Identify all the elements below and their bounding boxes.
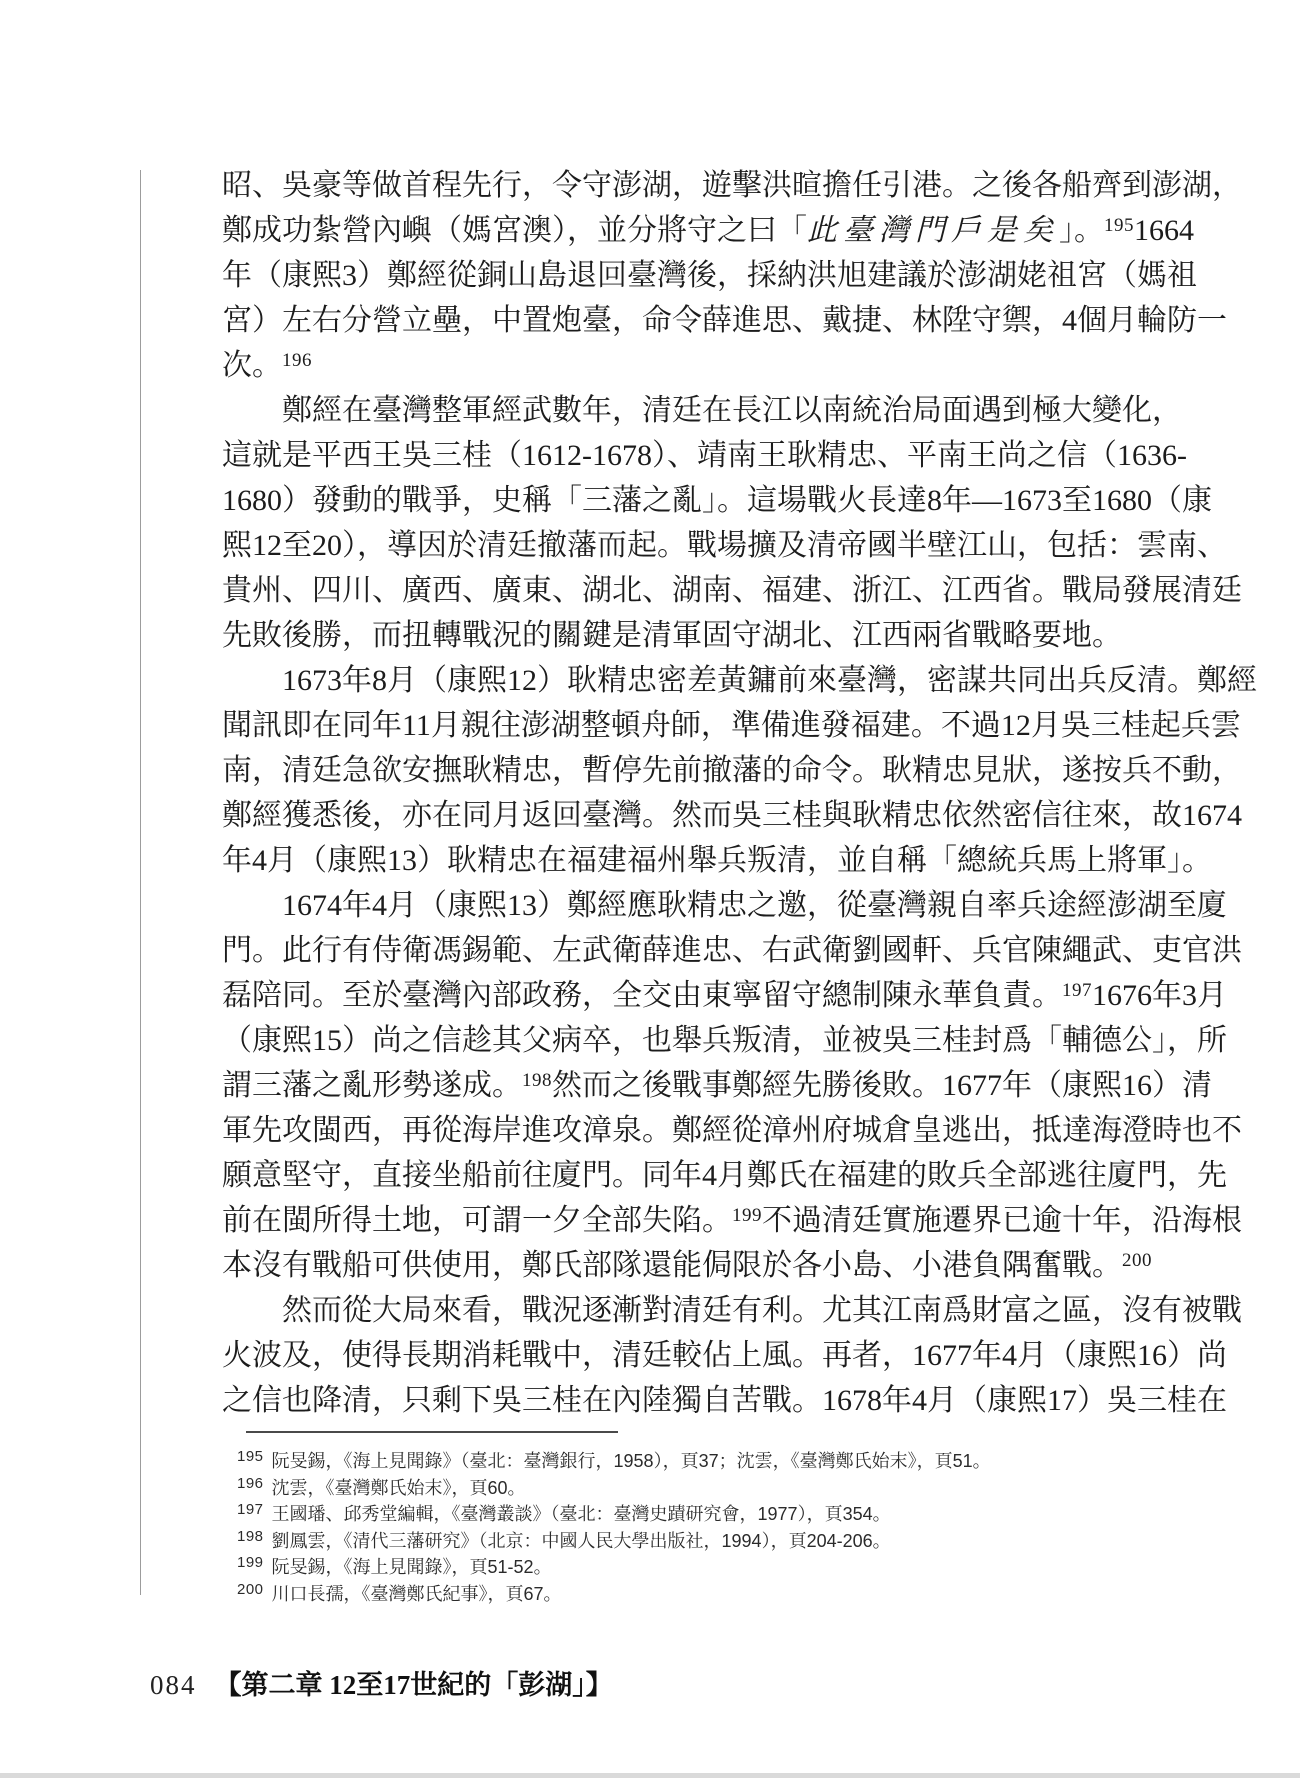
text-run: 年4月（康熙13）耿精忠在福建福州舉兵叛清，並自稱「總統兵馬上將軍」。 (222, 844, 1212, 877)
text-line: 然而從大局來看，戰況逐漸對清廷有利。尤其江南爲財富之區，沒有被戰 (222, 1288, 1138, 1333)
footnote-separator (246, 1431, 618, 1433)
text-run: 然而從大局來看，戰況逐漸對清廷有利。尤其江南爲財富之區，沒有被戰 (282, 1294, 1242, 1327)
text-line: 鄭經在臺灣整軍經武數年，清廷在長江以南統治局面遇到極大變化， (222, 388, 1138, 433)
text-run: 年（康熙3）鄭經從銅山島退回臺灣後，採納洪旭建議於澎湖姥祖宮（媽祖 (222, 259, 1197, 292)
text-run: 本沒有戰船可供使用，鄭氏部隊還能侷限於各小島、小港負隅奮戰。 (222, 1249, 1122, 1282)
footnote: 195阮旻錫，《海上見聞錄》（臺北：臺灣銀行，1958），頁37；沈雲，《臺灣鄭… (237, 1444, 1142, 1471)
text-line: 聞訊即在同年11月親往澎湖整頓舟師，準備進發福建。不過12月吳三桂起兵雲 (222, 703, 1138, 748)
footnote-number: 195 (237, 1448, 264, 1465)
text-line: 這就是平西王吳三桂（1612-1678）、靖南王耿精忠、平南王尚之信（1636- (222, 433, 1138, 478)
text-line: 昭、吳豪等做首程先行，令守澎湖，遊擊洪暄擔任引港。之後各船齊到澎湖， (222, 163, 1138, 208)
text-line: 軍先攻閩西，再從海岸進攻漳泉。鄭經從漳州府城倉皇逃出，抵達海澄時也不 (222, 1108, 1138, 1153)
text-line: 先敗後勝，而扭轉戰況的關鍵是清軍固守湖北、江西兩省戰略要地。 (222, 613, 1138, 658)
text-line: 門。此行有侍衛馮錫範、左武衛薛進忠、右武衛劉國軒、兵官陳繩武、吏官洪 (222, 928, 1138, 973)
text-run: 鄭成功紮營內嶼（媽宮澳），並分將守之曰「 (222, 214, 807, 247)
chapter-label: 【第二章 12至17世紀的「彭湖」】 (215, 1670, 613, 1700)
footnote-text: 沈雲，《臺灣鄭氏始末》，頁60。 (272, 1478, 526, 1498)
text-run: 鄭經在臺灣整軍經武數年，清廷在長江以南統治局面遇到極大變化， (282, 394, 1182, 427)
text-line: 火波及，使得長期消耗戰中，清廷較佔上風。再者，1677年4月（康熙16）尚 (222, 1333, 1138, 1378)
footnote-ref: 200 (1122, 1250, 1152, 1271)
text-run: 火波及，使得長期消耗戰中，清廷較佔上風。再者，1677年4月（康熙16）尚 (222, 1339, 1227, 1372)
footnote-number: 198 (237, 1528, 264, 1545)
text-line: 貴州、四川、廣西、廣東、湖北、湖南、福建、浙江、江西省。戰局發展清廷 (222, 568, 1138, 613)
footnote-ref: 195 (1104, 215, 1134, 236)
text-run: 1676年3月 (1092, 979, 1227, 1012)
footnote-ref: 199 (732, 1205, 762, 1226)
footnote: 198劉鳳雲，《清代三藩研究》（北京：中國人民大學出版社，1994），頁204-… (237, 1524, 1142, 1551)
text-run: 1664 (1134, 214, 1194, 247)
text-run: 貴州、四川、廣西、廣東、湖北、湖南、福建、浙江、江西省。戰局發展清廷 (222, 574, 1242, 607)
text-run: 不過清廷實施遷界已逾十年，沿海根 (762, 1204, 1242, 1237)
text-line: 鄭經獲悉後，亦在同月返回臺灣。然而吳三桂與耿精忠依然密信往來，故1674 (222, 793, 1138, 838)
text-run: 鄭經獲悉後，亦在同月返回臺灣。然而吳三桂與耿精忠依然密信往來，故1674 (222, 799, 1242, 832)
text-run: 之信也降清，只剩下吳三桂在內陸獨自苦戰。1678年4月（康熙17）吳三桂在 (222, 1384, 1227, 1417)
text-run: 昭、吳豪等做首程先行，令守澎湖，遊擊洪暄擔任引港。之後各船齊到澎湖， (222, 169, 1242, 202)
footnote-number: 200 (237, 1581, 264, 1598)
text-line: 前在閩所得土地，可謂一夕全部失陷。199不過清廷實施遷界已逾十年，沿海根 (222, 1198, 1138, 1243)
quoted-phrase: 此臺灣門戶是矣 (807, 214, 1059, 247)
footnote-number: 197 (237, 1501, 264, 1518)
text-run: 前在閩所得土地，可謂一夕全部失陷。 (222, 1204, 732, 1237)
footnote: 196沈雲，《臺灣鄭氏始末》，頁60。 (237, 1471, 1142, 1498)
text-run: 南，清廷急欲安撫耿精忠，暫停先前撤藩的命令。耿精忠見狀，遂按兵不動， (222, 754, 1242, 787)
footnote-text: 川口長孺，《臺灣鄭氏紀事》，頁67。 (272, 1584, 562, 1604)
left-margin-rule (140, 170, 141, 1595)
text-run: （康熙15）尚之信趁其父病卒，也舉兵叛清，並被吳三桂封爲「輔德公」，所 (222, 1024, 1227, 1057)
text-run: 1674年4月（康熙13）鄭經應耿精忠之邀，從臺灣親自率兵途經澎湖至廈 (282, 889, 1227, 922)
text-line: 1673年8月（康熙12）耿精忠密差黃鏞前來臺灣，密謀共同出兵反清。鄭經 (222, 658, 1138, 703)
page-number: 084 (150, 1670, 197, 1700)
text-line: 年4月（康熙13）耿精忠在福建福州舉兵叛清，並自稱「總統兵馬上將軍」。 (222, 838, 1138, 883)
text-line: 年（康熙3）鄭經從銅山島退回臺灣後，採納洪旭建議於澎湖姥祖宮（媽祖 (222, 253, 1138, 298)
text-run: 1673年8月（康熙12）耿精忠密差黃鏞前來臺灣，密謀共同出兵反清。鄭經 (282, 664, 1257, 697)
text-run: 1680）發動的戰爭，史稱「三藩之亂」。這場戰火長達8年—1673至1680（康 (222, 484, 1212, 517)
footnote-text: 劉鳳雲，《清代三藩研究》（北京：中國人民大學出版社，1994），頁204-206… (272, 1531, 891, 1551)
footnote: 197王國璠、邱秀堂編輯，《臺灣叢談》（臺北：臺灣史蹟研究會，1977），頁35… (237, 1497, 1142, 1524)
footnote-number: 199 (237, 1554, 264, 1571)
text-run: 」。 (1059, 214, 1104, 247)
text-line: 謂三藩之亂形勢遂成。198然而之後戰事鄭經先勝後敗。1677年（康熙16）清 (222, 1063, 1138, 1108)
text-line: 南，清廷急欲安撫耿精忠，暫停先前撤藩的命令。耿精忠見狀，遂按兵不動， (222, 748, 1138, 793)
text-line: 宮）左右分營立壘，中置炮臺，命令薛進思、戴捷、林陞守禦，4個月輪防一 (222, 298, 1138, 343)
text-run: 次。 (222, 349, 282, 382)
text-line: 之信也降清，只剩下吳三桂在內陸獨自苦戰。1678年4月（康熙17）吳三桂在 (222, 1378, 1138, 1423)
text-run: 願意堅守，直接坐船前往廈門。同年4月鄭氏在福建的敗兵全部逃往廈門，先 (222, 1159, 1227, 1192)
footnote-number: 196 (237, 1475, 264, 1492)
footnote: 200川口長孺，《臺灣鄭氏紀事》，頁67。 (237, 1577, 1142, 1604)
text-line: 願意堅守，直接坐船前往廈門。同年4月鄭氏在福建的敗兵全部逃往廈門，先 (222, 1153, 1138, 1198)
text-run: 熙12至20），導因於清廷撤藩而起。戰場擴及清帝國半壁江山，包括：雲南、 (222, 529, 1227, 562)
footnote-text: 王國璠、邱秀堂編輯，《臺灣叢談》（臺北：臺灣史蹟研究會，1977），頁354。 (272, 1504, 891, 1524)
footnote: 199阮旻錫，《海上見聞錄》，頁51-52。 (237, 1550, 1142, 1577)
text-line: 磊陪同。至於臺灣內部政務，全交由東寧留守總制陳永華負責。1971676年3月 (222, 973, 1138, 1018)
footnote-block: 195阮旻錫，《海上見聞錄》（臺北：臺灣銀行，1958），頁37；沈雲，《臺灣鄭… (237, 1444, 1142, 1603)
text-line: 熙12至20），導因於清廷撤藩而起。戰場擴及清帝國半壁江山，包括：雲南、 (222, 523, 1138, 568)
text-run: 這就是平西王吳三桂（1612-1678）、靖南王耿精忠、平南王尚之信（1636- (222, 439, 1187, 472)
text-line: 1680）發動的戰爭，史稱「三藩之亂」。這場戰火長達8年—1673至1680（康 (222, 478, 1138, 523)
text-line: 1674年4月（康熙13）鄭經應耿精忠之邀，從臺灣親自率兵途經澎湖至廈 (222, 883, 1138, 928)
text-run: 宮）左右分營立壘，中置炮臺，命令薛進思、戴捷、林陞守禦，4個月輪防一 (222, 304, 1227, 337)
text-run: 門。此行有侍衛馮錫範、左武衛薛進忠、右武衛劉國軒、兵官陳繩武、吏官洪 (222, 934, 1242, 967)
text-run: 先敗後勝，而扭轉戰況的關鍵是清軍固守湖北、江西兩省戰略要地。 (222, 619, 1122, 652)
text-run: 聞訊即在同年11月親往澎湖整頓舟師，準備進發福建。不過12月吳三桂起兵雲 (222, 709, 1241, 742)
text-run: 磊陪同。至於臺灣內部政務，全交由東寧留守總制陳永華負責。 (222, 979, 1062, 1012)
footnote-text: 阮旻錫，《海上見聞錄》（臺北：臺灣銀行，1958），頁37；沈雲，《臺灣鄭氏始末… (272, 1451, 991, 1471)
main-text: 昭、吳豪等做首程先行，令守澎湖，遊擊洪暄擔任引港。之後各船齊到澎湖，鄭成功紮營內… (222, 163, 1138, 1423)
footnote-text: 阮旻錫，《海上見聞錄》，頁51-52。 (272, 1557, 552, 1577)
text-run: 然而之後戰事鄭經先勝後敗。1677年（康熙16）清 (552, 1069, 1212, 1102)
book-page: { "footer": { "page_number": "084", "cha… (0, 0, 1300, 1778)
footnote-ref: 198 (522, 1070, 552, 1091)
footnote-ref: 197 (1062, 980, 1092, 1001)
text-run: 軍先攻閩西，再從海岸進攻漳泉。鄭經從漳州府城倉皇逃出，抵達海澄時也不 (222, 1114, 1242, 1147)
page-footer: 084【第二章 12至17世紀的「彭湖」】 (150, 1668, 613, 1702)
footnote-ref: 196 (282, 350, 312, 371)
page-bottom-edge (0, 1773, 1300, 1778)
text-run: 謂三藩之亂形勢遂成。 (222, 1069, 522, 1102)
text-line: （康熙15）尚之信趁其父病卒，也舉兵叛清，並被吳三桂封爲「輔德公」，所 (222, 1018, 1138, 1063)
text-line: 次。196 (222, 343, 1138, 388)
text-line: 本沒有戰船可供使用，鄭氏部隊還能侷限於各小島、小港負隅奮戰。200 (222, 1243, 1138, 1288)
text-line: 鄭成功紮營內嶼（媽宮澳），並分將守之曰「此臺灣門戶是矣」。1951664 (222, 208, 1138, 253)
